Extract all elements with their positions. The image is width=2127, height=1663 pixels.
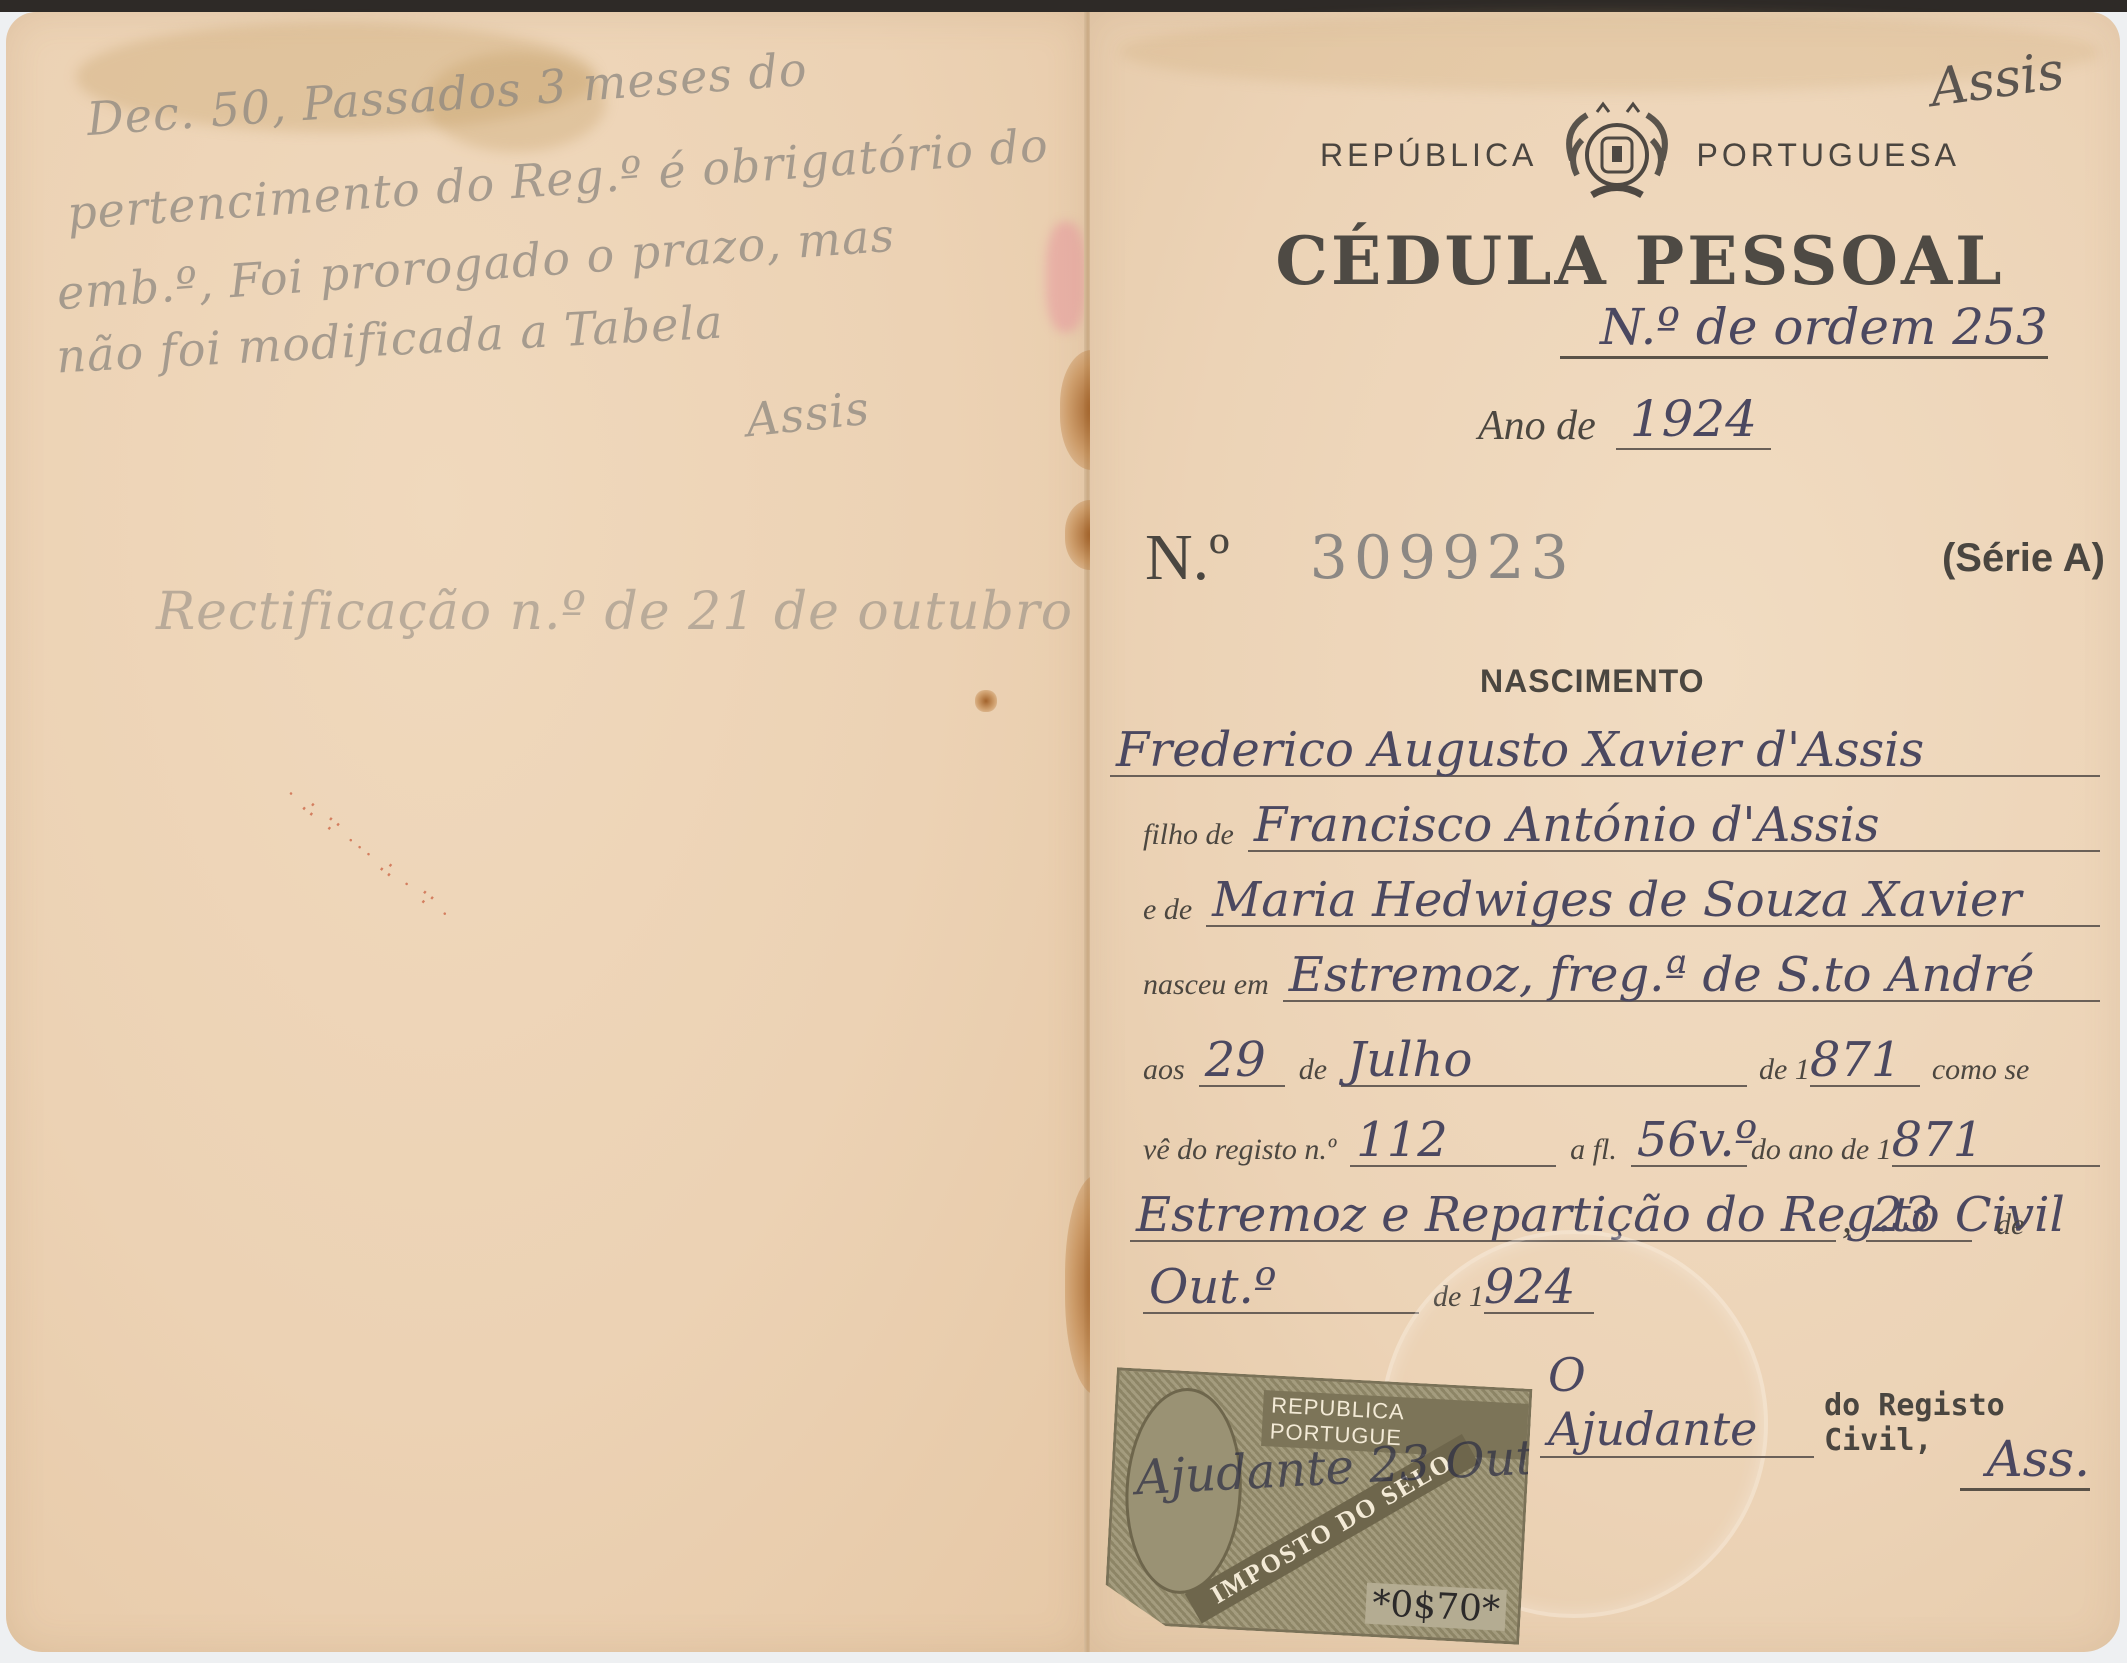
pencil-note-rectificacao: Rectificação n.º de 21 de outubro (156, 582, 1073, 642)
field-mother: e de Maria Hedwiges de Souza Xavier (1143, 875, 2100, 927)
issue-de-label: de (1996, 1208, 2024, 1242)
birthplace-label: nasceu em (1143, 968, 1269, 1002)
registry-label: vê do registo n.º (1143, 1133, 1336, 1167)
year-line: Ano de 1924 (1478, 390, 1771, 450)
revenue-stamp: REPUBLICA PORTUGUE IMPOSTO DO SELO *0$70… (1104, 1367, 1533, 1644)
day-label: aos (1143, 1053, 1185, 1087)
stamp-value: *0$70* (1365, 1583, 1507, 1631)
card-number-row: N.º 309923 (Série A) (1145, 520, 2105, 596)
section-nascimento: NASCIMENTO (1480, 663, 1705, 700)
scan-top-edge (0, 0, 2127, 12)
folio-value: 56v.º (1631, 1115, 1747, 1167)
reg-year: 871 (1892, 1115, 2100, 1167)
field-birthplace: nasceu em Estremoz, freg.ª de S.to André (1143, 950, 2100, 1002)
red-ink-specks: · ∴ ∵ ··· ∴ · ∵ · (280, 781, 459, 929)
document-title: CÉDULA PESSOAL (1250, 222, 2030, 300)
mother-name: Maria Hedwiges de Souza Xavier (1206, 875, 2100, 927)
rust-spot (975, 690, 997, 712)
folio-label: a fl. (1570, 1133, 1617, 1167)
reg-year-label: do ano de 1 (1751, 1133, 1892, 1167)
birth-year: 871 (1810, 1035, 1920, 1087)
registrar-title: O Ajudante (1540, 1348, 1814, 1458)
field-name: Frederico Augusto Xavier d'Assis (1110, 725, 2100, 777)
pencil-signature: Assis (744, 381, 873, 448)
como-se-label: como se (1932, 1053, 2029, 1087)
mother-label: e de (1143, 893, 1192, 927)
document-header: REPÚBLICA PORTUGUESA (1320, 100, 1960, 210)
year-value: 1924 (1616, 390, 1771, 450)
issue-place: Estremoz e Repartição do Reg.to Civil (1130, 1190, 1836, 1242)
issue-day: 23 (1866, 1190, 1972, 1242)
registry-number: 112 (1350, 1115, 1556, 1167)
pink-stain (1046, 222, 1086, 332)
birth-day: 29 (1199, 1035, 1285, 1087)
number-label: N.º (1145, 520, 1230, 596)
card-number: 309923 (1310, 523, 1575, 593)
header-portuguesa: PORTUGUESA (1697, 137, 1960, 174)
field-birthdate: aos 29 de Julho de 1 871 como se (1143, 1035, 2100, 1087)
header-republica: REPÚBLICA (1320, 137, 1537, 174)
registrar-signature: Ass. (1960, 1430, 2090, 1491)
father-name: Francisco António d'Assis (1248, 800, 2100, 852)
full-name: Frederico Augusto Xavier d'Assis (1110, 725, 2100, 777)
issue-month: Out.º (1143, 1262, 1419, 1314)
father-label: filho de (1143, 818, 1234, 852)
field-father: filho de Francisco António d'Assis (1143, 800, 2100, 852)
year-label: Ano de (1478, 402, 1596, 450)
series-label: (Série A) (1942, 536, 2105, 581)
left-page: Dec. 50, Passados 3 meses do pertencimen… (6, 12, 1086, 1652)
coat-of-arms-icon (1552, 100, 1682, 210)
birthplace: Estremoz, freg.ª de S.to André (1283, 950, 2100, 1002)
birth-month: Julho (1341, 1035, 1747, 1087)
field-registry: vê do registo n.º 112 a fl. 56v.º do ano… (1143, 1115, 2100, 1167)
order-number: N.º de ordem 253 (1560, 298, 2048, 359)
birth-year-label: de 1 (1759, 1053, 1810, 1087)
month-label: de (1299, 1053, 1327, 1087)
